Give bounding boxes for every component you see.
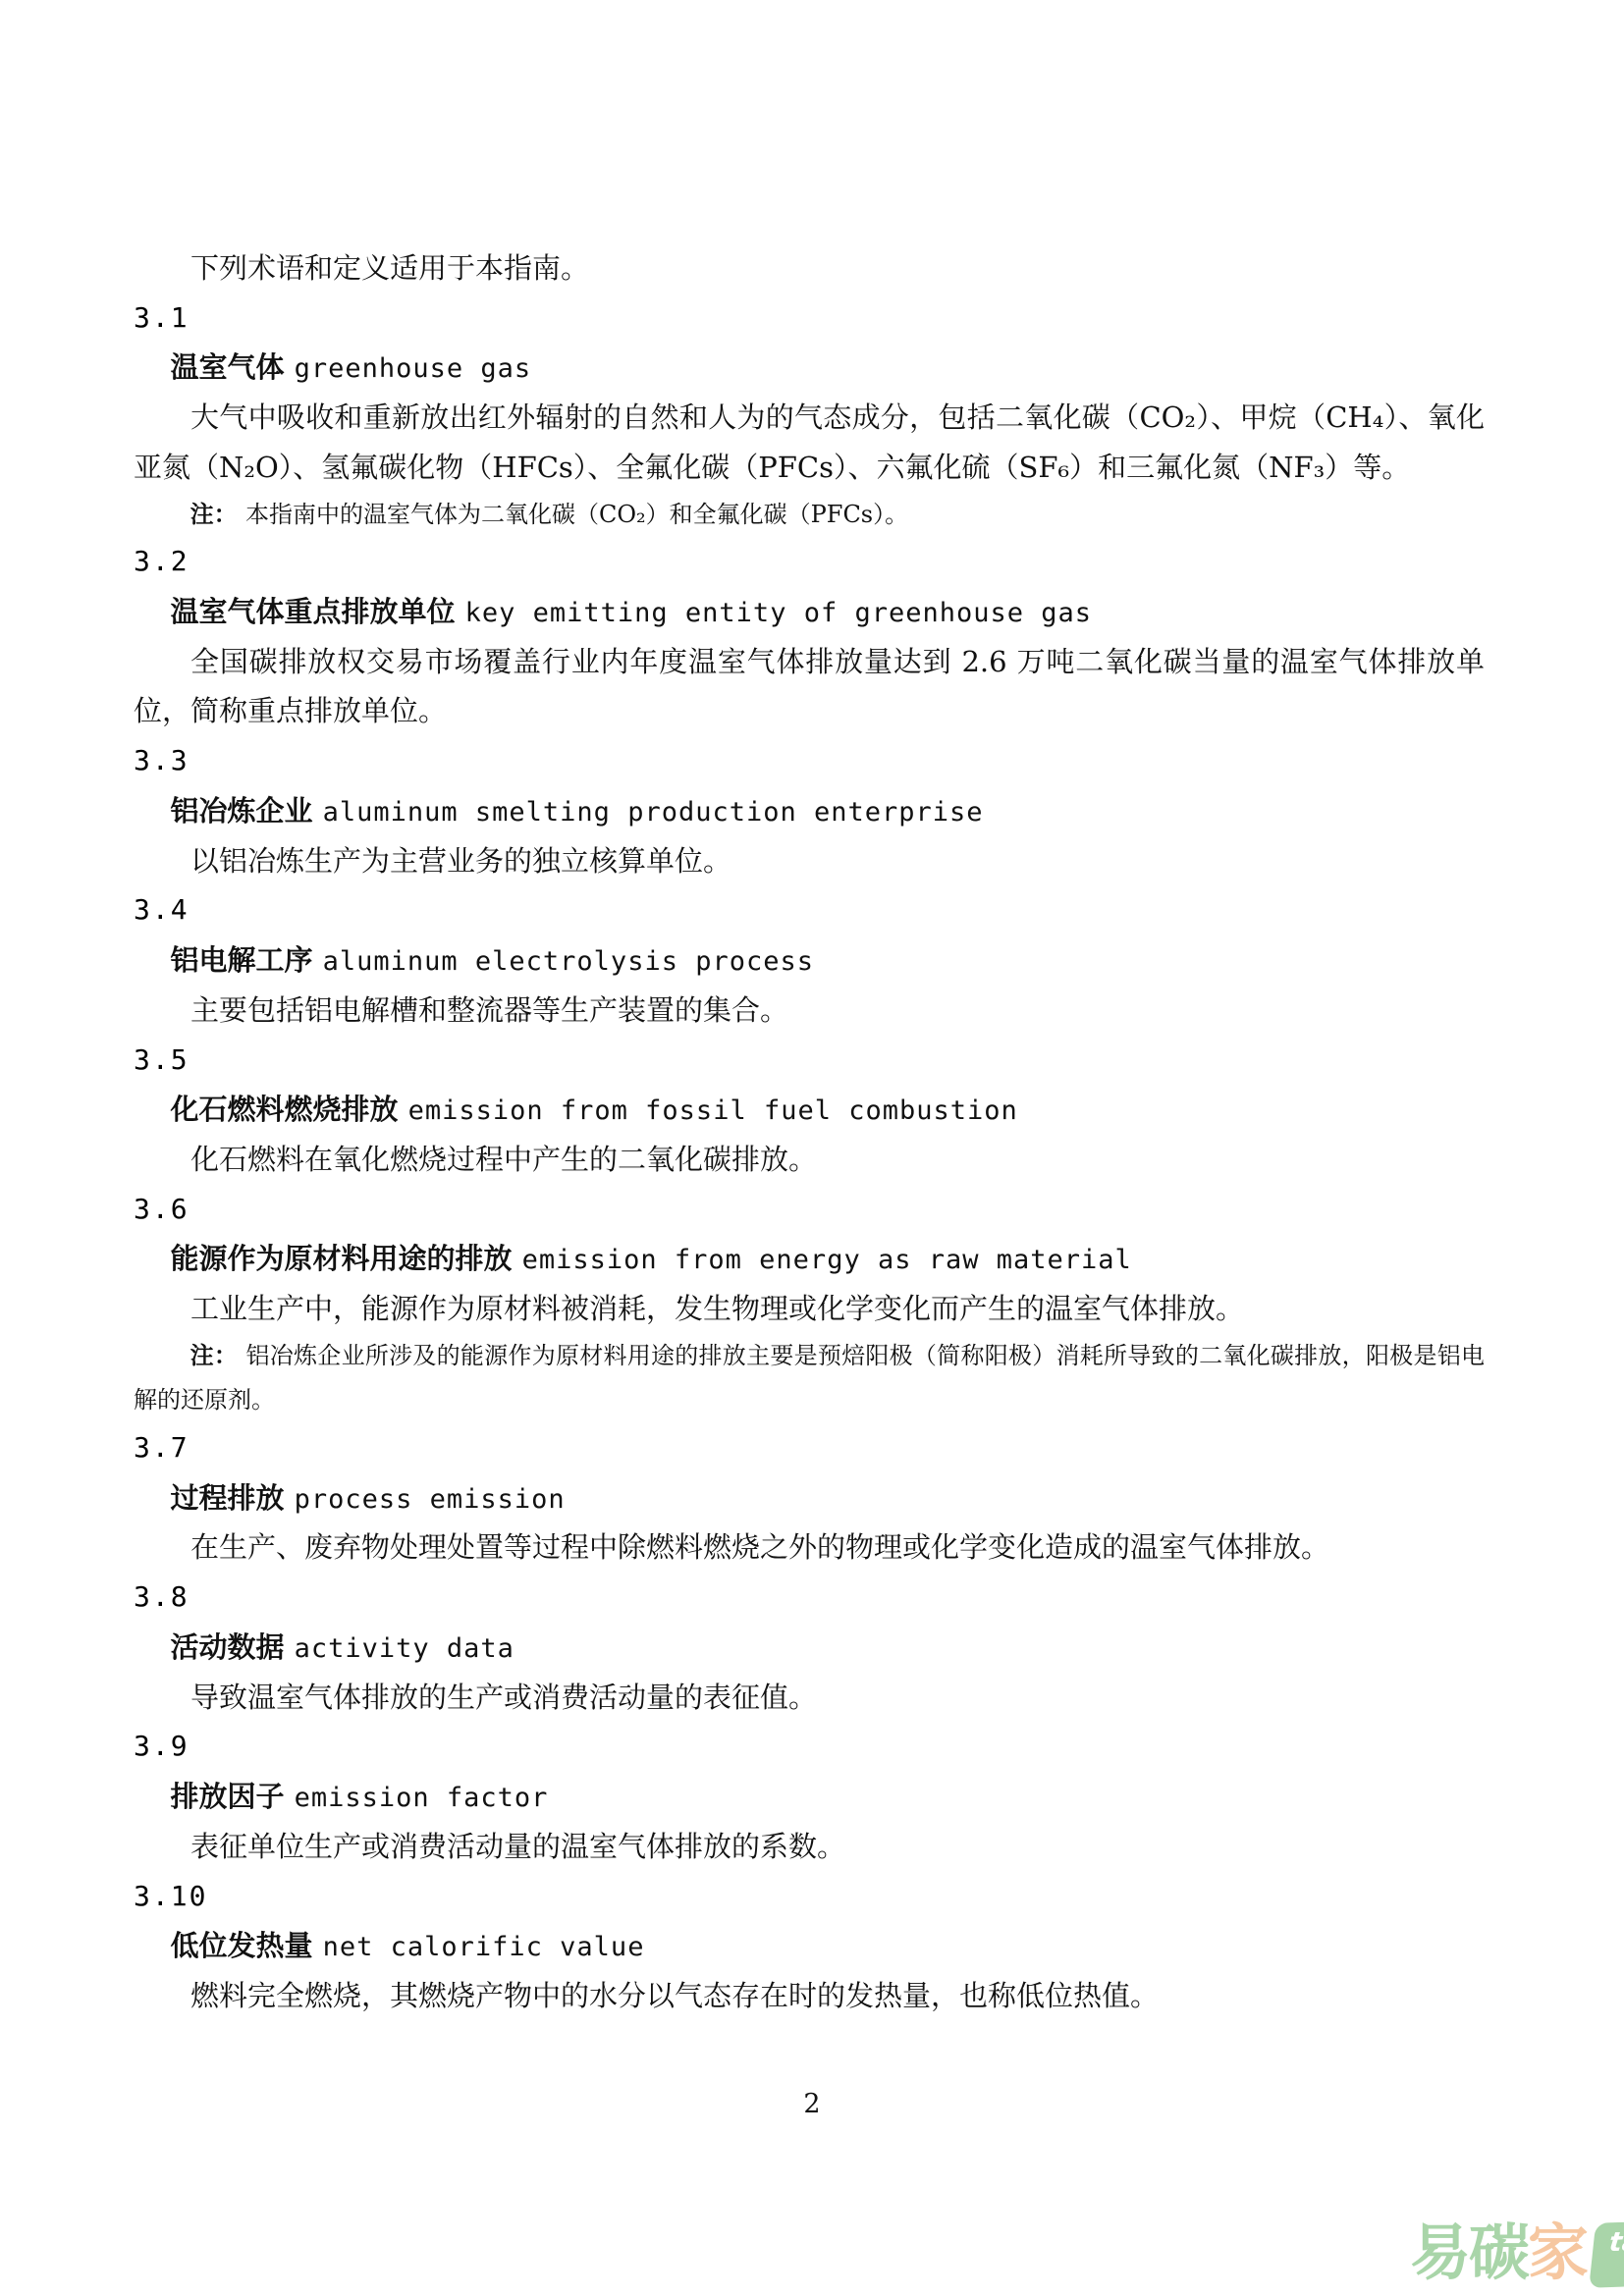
- note-text: 本指南中的温室气体为二氧化碳（CO₂）和全氟化碳（PFCs）。: [245, 501, 908, 528]
- section-number: 3.3: [134, 736, 1485, 786]
- term-heading: 铝电解工序aluminum electrolysis process: [170, 935, 1485, 986]
- term-note: 注：铝冶炼企业所涉及的能源作为原材料用途的排放主要是预焙阳极（简称阳极）消耗所导…: [134, 1334, 1485, 1423]
- term-heading: 活动数据activity data: [170, 1623, 1485, 1673]
- term-section-3-1: 3.1 温室气体greenhouse gas 大气中吸收和重新放出红外辐射的自然…: [134, 294, 1485, 538]
- term-zh: 低位发热量: [170, 1929, 312, 1962]
- term-en: emission from energy as raw material: [522, 1245, 1132, 1275]
- tanjiaoyi-watermark-logo: 易碳 家 tanjiaoyi .com: [1410, 2220, 1624, 2285]
- term-zh: 温室气体重点排放单位: [170, 595, 455, 628]
- term-definition: 表征单位生产或消费活动量的温室气体排放的系数。: [134, 1822, 1485, 1872]
- term-definition: 全国碳排放权交易市场覆盖行业内年度温室气体排放量达到 2.6 万吨二氧化碳当量的…: [134, 637, 1485, 737]
- term-definition: 在生产、废弃物处理处置等过程中除燃料燃烧之外的物理或化学变化造成的温室气体排放。: [134, 1522, 1485, 1573]
- term-zh: 化石燃料燃烧排放: [170, 1093, 398, 1126]
- term-heading: 过程排放process emission: [170, 1473, 1485, 1523]
- term-en: emission factor: [295, 1783, 549, 1813]
- term-definition: 大气中吸收和重新放出红外辐射的自然和人为的气态成分，包括二氧化碳（CO₂）、甲烷…: [134, 393, 1485, 493]
- page-number: 2: [0, 2089, 1624, 2119]
- term-definition: 以铝冶炼生产为主营业务的独立核算单位。: [134, 836, 1485, 886]
- watermark-zh-green: 易碳: [1410, 2222, 1528, 2283]
- term-zh: 铝冶炼企业: [170, 794, 312, 828]
- watermark-badge: tanjiaoyi .com: [1589, 2217, 1624, 2288]
- watermark-badge-line1: tanjiaoyi: [1608, 2225, 1624, 2258]
- term-section-3-9: 3.9 排放因子emission factor 表征单位生产或消费活动量的温室气…: [134, 1722, 1485, 1871]
- term-section-3-4: 3.4 铝电解工序aluminum electrolysis process 主…: [134, 885, 1485, 1035]
- term-heading: 铝冶炼企业aluminum smelting production enterp…: [170, 786, 1485, 836]
- term-definition: 导致温室气体排放的生产或消费活动量的表征值。: [134, 1673, 1485, 1723]
- term-zh: 能源作为原材料用途的排放: [170, 1242, 512, 1275]
- term-definition: 主要包括铝电解槽和整流器等生产装置的集合。: [134, 986, 1485, 1036]
- term-section-3-6: 3.6 能源作为原材料用途的排放emission from energy as …: [134, 1185, 1485, 1423]
- section-number: 3.9: [134, 1722, 1485, 1772]
- term-en: process emission: [295, 1484, 566, 1515]
- watermark-zh-orange: 家: [1528, 2222, 1587, 2283]
- term-heading: 低位发热量net calorific value: [170, 1921, 1485, 1971]
- section-number: 3.5: [134, 1036, 1485, 1086]
- term-heading: 能源作为原材料用途的排放emission from energy as raw …: [170, 1234, 1485, 1284]
- section-number: 3.6: [134, 1185, 1485, 1235]
- term-en: key emitting entity of greenhouse gas: [465, 598, 1092, 628]
- term-definition: 工业生产中，能源作为原材料被消耗，发生物理或化学变化而产生的温室气体排放。: [134, 1284, 1485, 1334]
- term-section-3-5: 3.5 化石燃料燃烧排放emission from fossil fuel co…: [134, 1036, 1485, 1185]
- section-number: 3.2: [134, 537, 1485, 587]
- term-zh: 温室气体: [170, 350, 284, 384]
- term-note: 注：本指南中的温室气体为二氧化碳（CO₂）和全氟化碳（PFCs）。: [134, 493, 1485, 538]
- term-heading: 化石燃料燃烧排放emission from fossil fuel combus…: [170, 1085, 1485, 1135]
- section-number: 3.10: [134, 1872, 1485, 1922]
- section-number: 3.1: [134, 294, 1485, 344]
- note-label: 注：: [190, 501, 238, 528]
- term-heading: 排放因子emission factor: [170, 1772, 1485, 1822]
- term-zh: 铝电解工序: [170, 943, 312, 977]
- term-zh: 活动数据: [170, 1630, 284, 1664]
- term-zh: 过程排放: [170, 1481, 284, 1515]
- term-en: greenhouse gas: [295, 353, 532, 384]
- term-heading: 温室气体greenhouse gas: [170, 343, 1485, 393]
- term-section-3-8: 3.8 活动数据activity data 导致温室气体排放的生产或消费活动量的…: [134, 1573, 1485, 1722]
- term-en: aluminum smelting production enterprise: [323, 797, 984, 828]
- term-zh: 排放因子: [170, 1780, 284, 1813]
- note-label: 注：: [190, 1342, 239, 1369]
- term-en: net calorific value: [323, 1932, 645, 1962]
- term-en: emission from fossil fuel combustion: [408, 1095, 1018, 1126]
- page-content: 下列术语和定义适用于本指南。 3.1 温室气体greenhouse gas 大气…: [134, 243, 1485, 2021]
- term-definition: 化石燃料在氧化燃烧过程中产生的二氧化碳排放。: [134, 1135, 1485, 1185]
- term-section-3-2: 3.2 温室气体重点排放单位key emitting entity of gre…: [134, 537, 1485, 736]
- term-section-3-3: 3.3 铝冶炼企业aluminum smelting production en…: [134, 736, 1485, 885]
- note-text: 铝冶炼企业所涉及的能源作为原材料用途的排放主要是预焙阳极（简称阳极）消耗所导致的…: [134, 1342, 1485, 1415]
- section-number: 3.7: [134, 1423, 1485, 1473]
- term-section-3-7: 3.7 过程排放process emission 在生产、废弃物处理处置等过程中…: [134, 1423, 1485, 1573]
- document-page: 下列术语和定义适用于本指南。 3.1 温室气体greenhouse gas 大气…: [0, 0, 1624, 2296]
- term-en: activity data: [295, 1633, 514, 1664]
- term-definition: 燃料完全燃烧，其燃烧产物中的水分以气态存在时的发热量，也称低位热值。: [134, 1971, 1485, 2021]
- term-en: aluminum electrolysis process: [323, 946, 814, 977]
- section-number: 3.8: [134, 1573, 1485, 1623]
- term-section-3-10: 3.10 低位发热量net calorific value 燃料完全燃烧，其燃烧…: [134, 1872, 1485, 2021]
- section-number: 3.4: [134, 885, 1485, 935]
- terms-intro: 下列术语和定义适用于本指南。: [134, 243, 1485, 294]
- term-heading: 温室气体重点排放单位key emitting entity of greenho…: [170, 587, 1485, 637]
